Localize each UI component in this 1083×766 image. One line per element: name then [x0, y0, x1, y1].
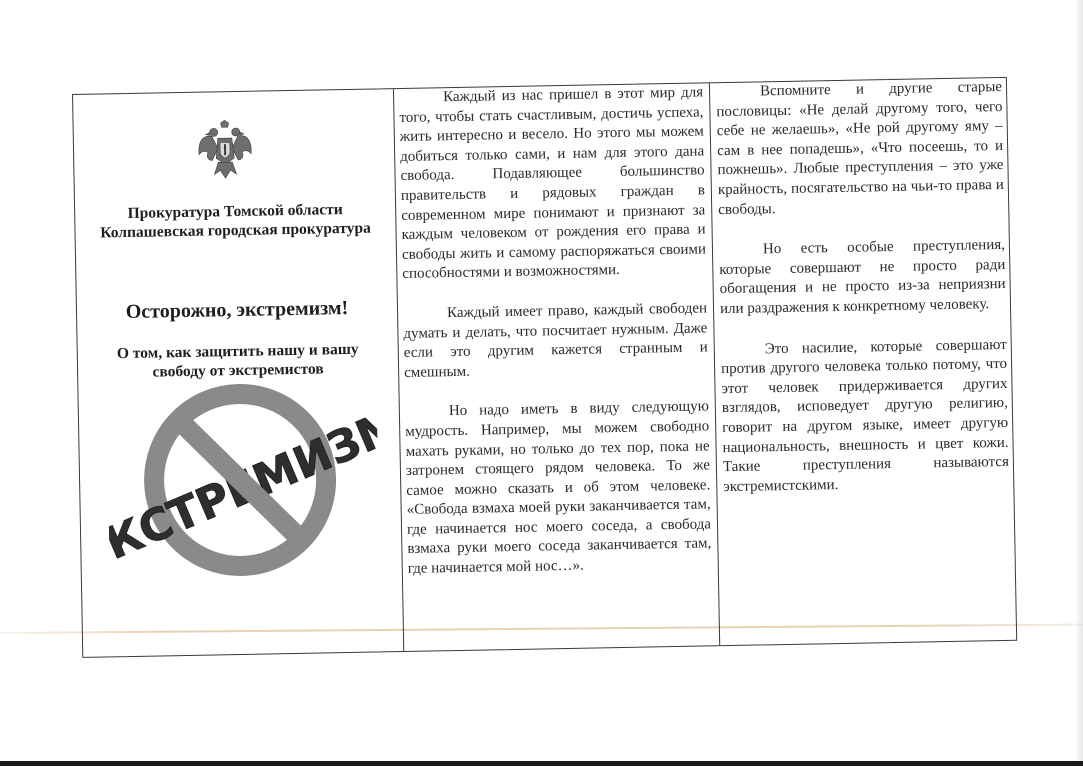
middle-panel: Каждый из нас пришел в этот мир для того… [394, 83, 720, 651]
paragraph-wisdom-quote: Но надо иметь в виду следующую мудрость.… [405, 398, 712, 580]
cover-panel: Прокуратура Томской области Колпашевская… [73, 89, 404, 657]
leaflet-headline: Осторожно, экстремизм! [77, 296, 397, 325]
organization-name: Прокуратура Томской области Колпашевская… [75, 199, 396, 243]
scan-edge-shadow [1075, 0, 1083, 766]
paragraph-freedom-happiness: Каждый из нас пришел в этот мир для того… [399, 83, 707, 284]
leaflet-frame: Прокуратура Томской области Колпашевская… [72, 77, 1017, 658]
prohibition-sign-icon: ЭКСТРЕМИЗМ [106, 374, 380, 579]
paragraph-special-crimes: Но есть особые преступления, которые сов… [719, 236, 1006, 320]
paragraph-proverbs: Вспомните и другие старые пословицы: «Не… [716, 78, 1004, 220]
right-panel: Вспомните и другие старые пословицы: «Не… [710, 78, 1016, 645]
paragraph-right-to-think: Каждый имеет право, каждый свободен дума… [403, 299, 708, 383]
double-headed-eagle-emblem-icon [196, 120, 255, 181]
paragraph-extremist-crimes: Это насилие, которые совершают против др… [721, 335, 1010, 497]
scan-bottom-edge [0, 761, 1083, 766]
